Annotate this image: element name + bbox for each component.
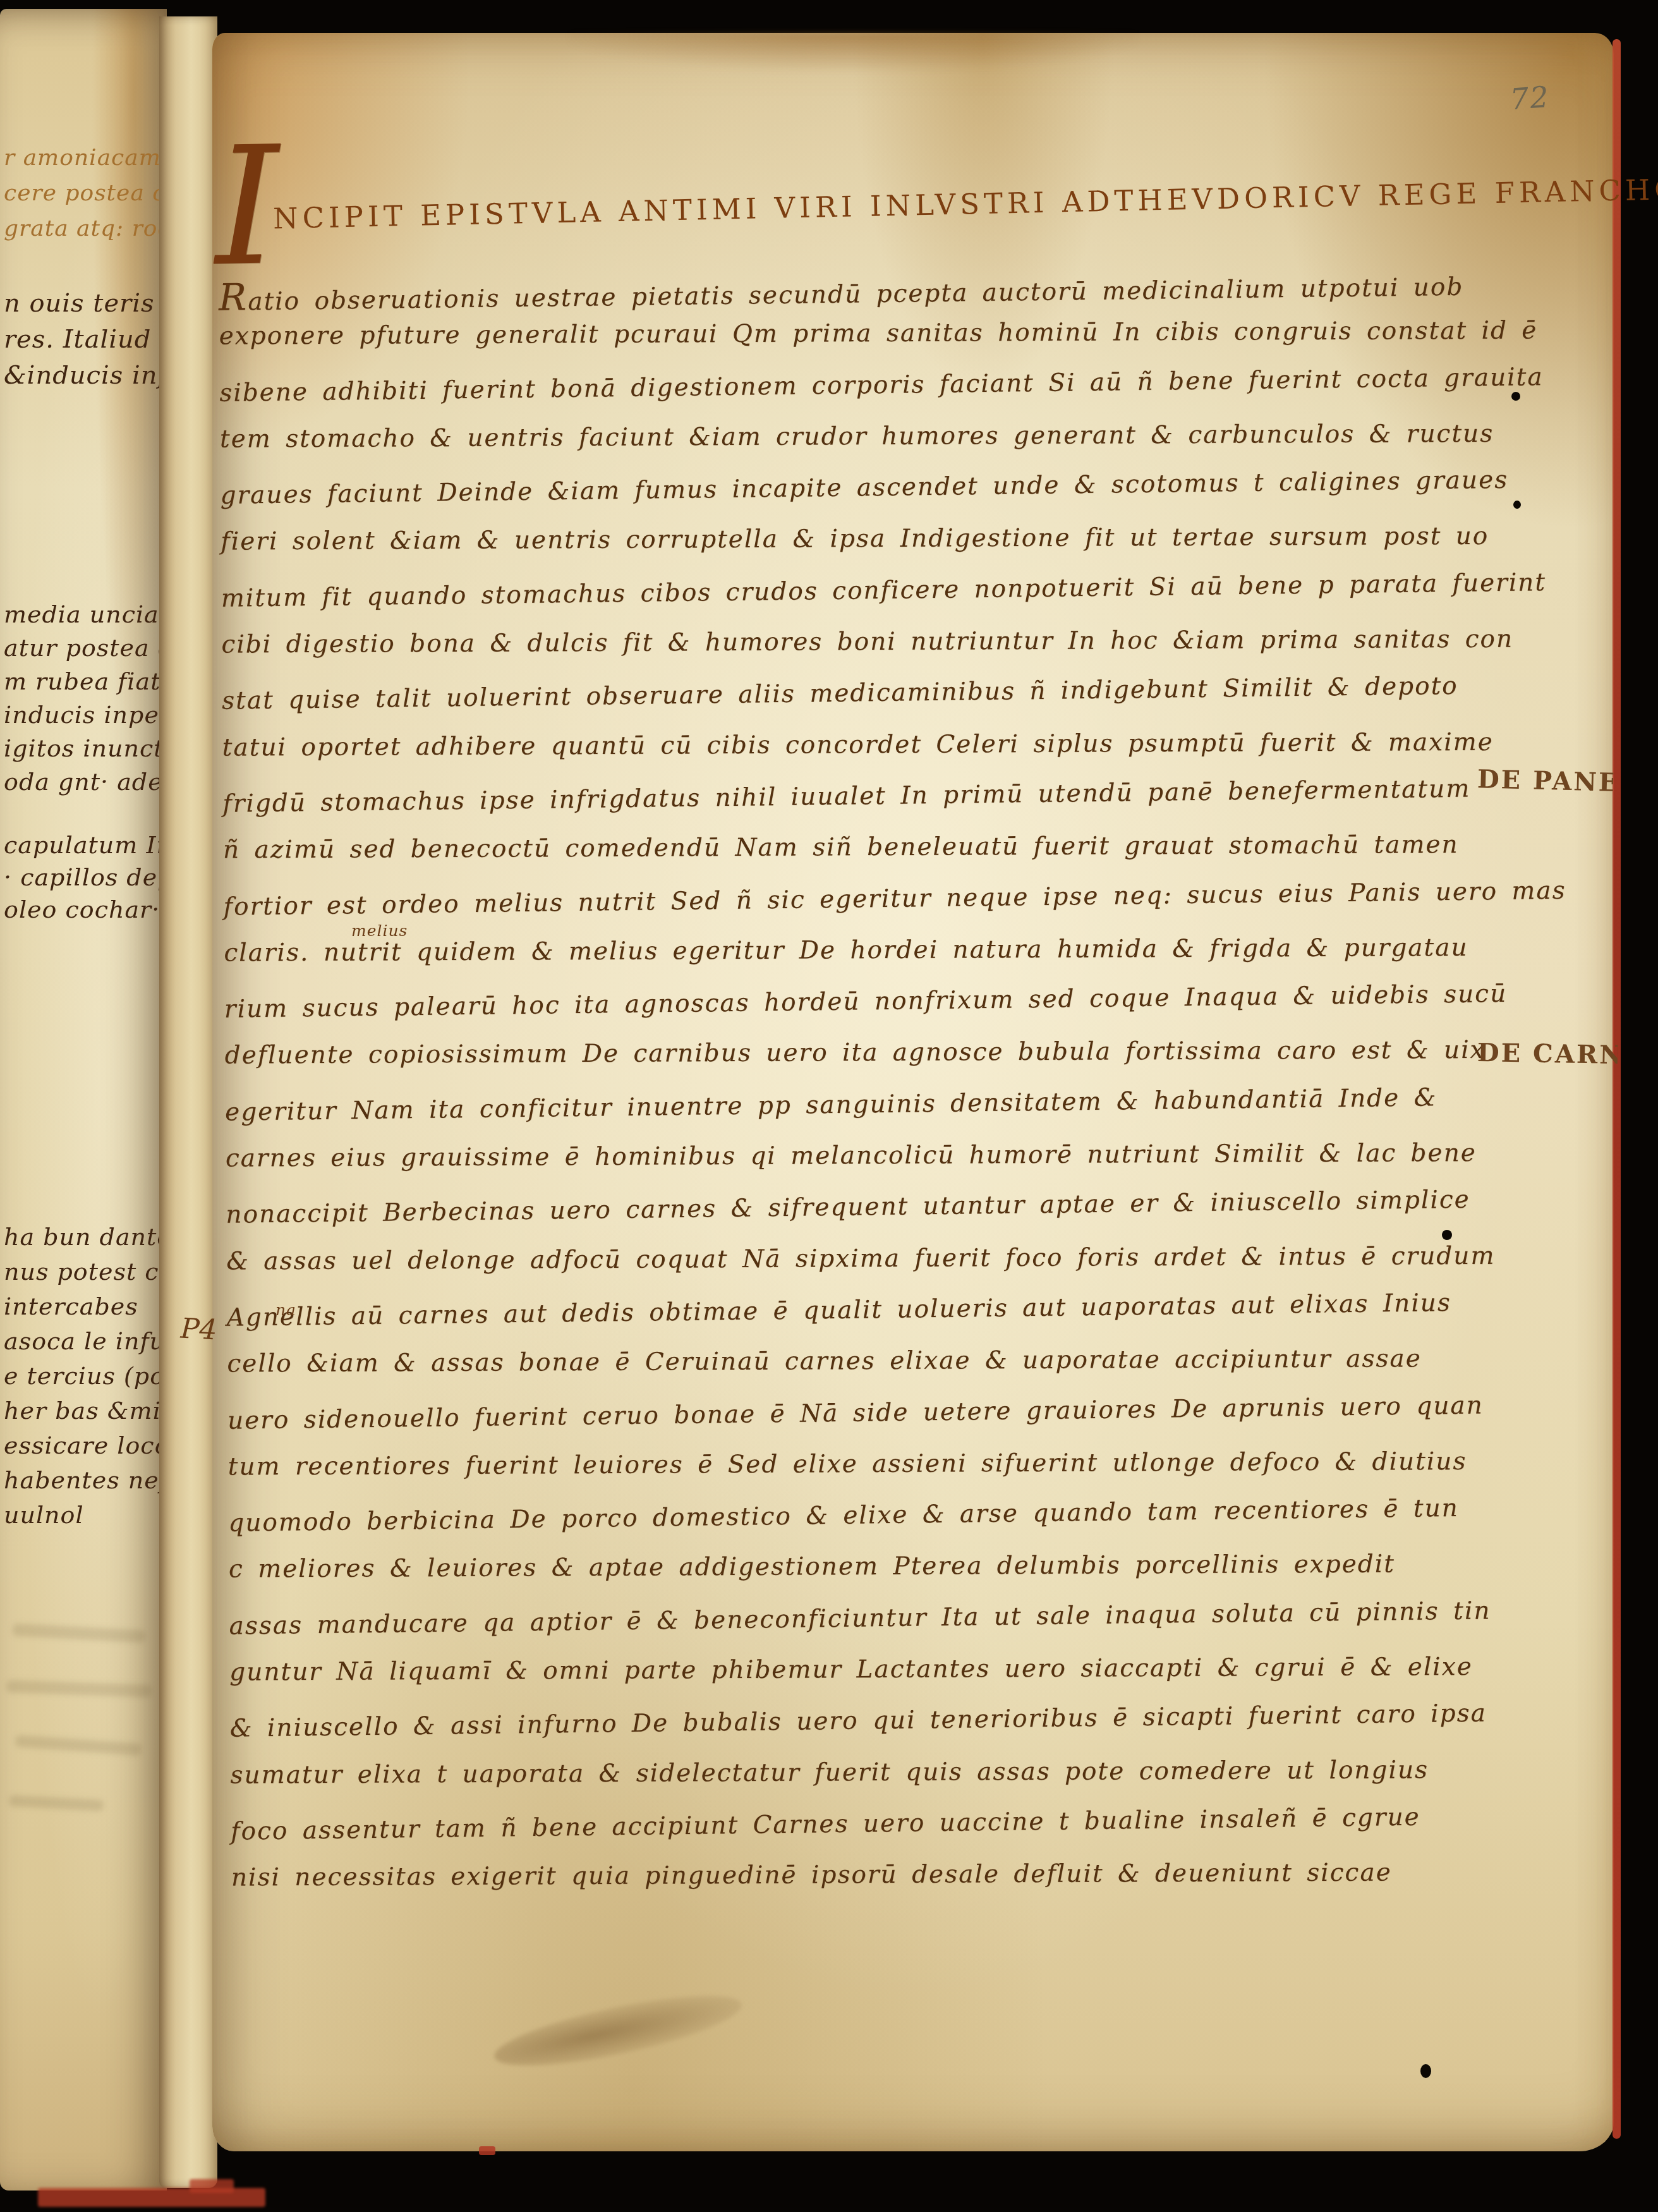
incipit-initial: I xyxy=(214,125,281,289)
facing-page-text-group: n ouis teris &cures. Italiud liban&induc… xyxy=(4,286,167,394)
gutter-page-edge xyxy=(159,16,217,2188)
facing-page-line: m rubea fiat facis m xyxy=(4,665,167,698)
facing-page-line: grata atq: roe ra xyxy=(4,211,167,246)
facing-page-text-group: capulatum Infocomi· capillos deporrooleo… xyxy=(4,829,167,926)
interlinear-addition: melius xyxy=(351,921,408,940)
facing-page-line: uulnol xyxy=(4,1498,167,1533)
facing-page-sliver: r amoniacam hacere postea caergrata atq:… xyxy=(0,9,167,2191)
facing-page-line: e tercius (postea xyxy=(4,1359,167,1394)
facing-page-line: media uncia ferue xyxy=(4,598,167,631)
manuscript-line: nisi necessitas exigerit quia pinguedinē… xyxy=(231,1858,1549,1915)
parchment-stain xyxy=(569,33,1137,71)
show-through-line xyxy=(15,1735,142,1756)
facing-page-line: nus potest cinge xyxy=(4,1255,167,1289)
show-through-line xyxy=(13,1624,146,1643)
show-through-line xyxy=(9,1795,104,1811)
facing-page-text-group: r amoniacam hacere postea caergrata atq:… xyxy=(4,140,167,246)
text-block: Ratio obseruationis uestrae pietatis sec… xyxy=(219,263,1549,1917)
facing-page-line: her bas &mitis xyxy=(4,1394,167,1428)
show-through-line xyxy=(6,1680,152,1698)
folio-number: 72 xyxy=(1509,80,1551,116)
facing-page-line: essicare loco secreto xyxy=(4,1428,167,1463)
quire-mark: P4 xyxy=(180,1313,218,1347)
facing-page-line: oda gnt· adepar ad xyxy=(4,765,167,799)
wormhole-dot xyxy=(1511,392,1520,401)
facing-page-text-group: ha bun dantesnus potest cingeintercabesa… xyxy=(4,1220,167,1533)
facing-page-line: oleo cochar·1 fel xyxy=(4,894,167,926)
wormhole-dot xyxy=(1420,2064,1431,2078)
facing-page-line: ha bun dantes xyxy=(4,1220,167,1255)
facing-page-line: · capillos deporro xyxy=(4,861,167,894)
manuscript-scan: { "document": { "folio_number": "72", "q… xyxy=(0,0,1658,2212)
facing-page-line: atur postea colas p xyxy=(4,631,167,665)
facing-page-line: igitos inunctos pell xyxy=(4,732,167,765)
facing-page-line: inducis inpelle &d xyxy=(4,698,167,732)
facing-page-text-group: media uncia ferueatur postea colas pm ru… xyxy=(4,598,167,799)
interlinear-addition: na xyxy=(275,1301,296,1319)
facing-page-line: n ouis teris &cu xyxy=(4,286,167,322)
wormhole-dot xyxy=(1513,501,1521,509)
red-fore-edge xyxy=(1613,39,1621,2139)
red-edge-fleck xyxy=(479,2146,495,2155)
facing-page-line: r amoniacam ha xyxy=(4,140,167,176)
facing-page-line: capulatum Infocomi xyxy=(4,829,167,861)
facing-page-line: &inducis infrom &i xyxy=(4,358,167,394)
facing-page-line: cere postea caer xyxy=(4,176,167,211)
red-edge-fleck xyxy=(190,2179,234,2193)
facing-page-line: habentes nefriticis xyxy=(4,1463,167,1498)
facing-page-line: res. Italiud liban xyxy=(4,322,167,358)
facing-page-line: asoca le infundis xyxy=(4,1324,167,1359)
margin-note-de-carne: DE CARNE xyxy=(1477,1038,1618,1070)
facing-page-line: intercabes xyxy=(4,1289,167,1324)
margin-note-de-pane: DE PANE xyxy=(1477,764,1613,798)
wormhole-dot xyxy=(1442,1230,1452,1240)
